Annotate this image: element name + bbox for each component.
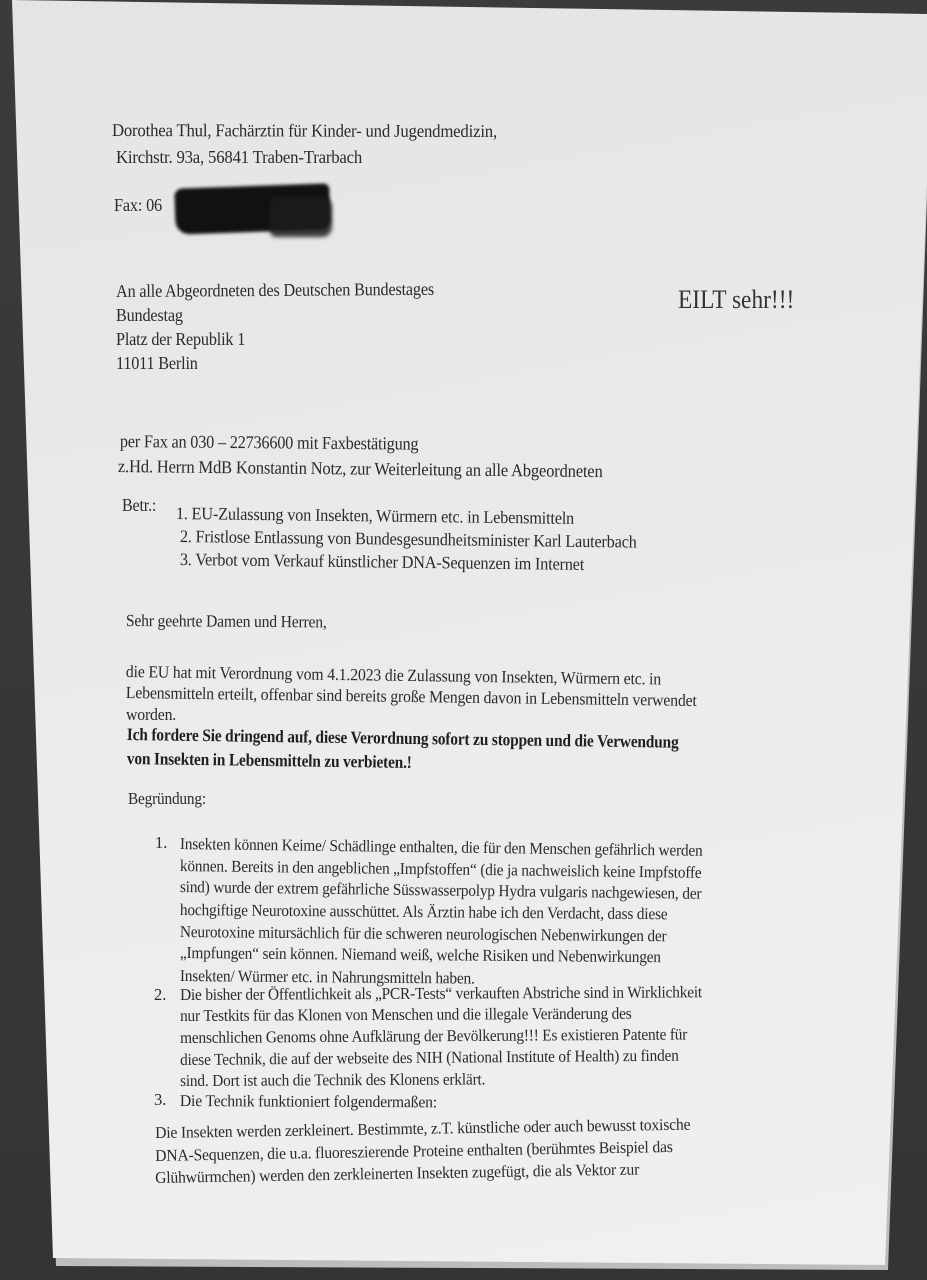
recipient-line-2: Bundestag xyxy=(116,306,183,324)
reason-2-line: nur Testkits für das Klonen von Menschen… xyxy=(180,1006,632,1025)
reason-2-line: menschlichen Genoms ohne Aufklärung der … xyxy=(180,1026,687,1046)
fax-number-redaction-overlap xyxy=(270,197,332,237)
reason-1-line: hochgiftige Neurotoxine ausschüttet. Als… xyxy=(180,902,668,923)
recipient-line-1: An alle Abgeordneten des Deutschen Bunde… xyxy=(116,280,434,300)
delivery-attention-line: z.Hd. Herrn MdB Konstantin Notz, zur Wei… xyxy=(118,457,603,480)
reason-2-number: 2. xyxy=(154,985,166,1005)
reason-3-number: 3. xyxy=(154,1090,166,1110)
subject-label: Betr.: xyxy=(122,497,156,515)
reason-1-number: 1. xyxy=(155,833,167,853)
recipient-line-4: 11011 Berlin xyxy=(116,354,198,372)
salutation: Sehr geehrte Damen und Herren, xyxy=(126,612,327,630)
intro-line-3: worden. xyxy=(126,706,176,723)
urgent-note: EILT sehr!!! xyxy=(678,287,794,313)
demand-line-2: von Insekten in Lebensmitteln zu verbiet… xyxy=(127,750,412,771)
delivery-fax-line: per Fax an 030 – 22736600 mit Faxbestäti… xyxy=(120,432,419,453)
reason-2-line: Die bisher der Öffentlichkeit als „PCR-T… xyxy=(180,984,702,1003)
sender-fax-label: Fax: 06 xyxy=(114,197,162,215)
reasons-heading: Begründung: xyxy=(128,790,206,807)
reason-2-line: sind. Dort ist auch die Technik des Klon… xyxy=(180,1071,485,1089)
recipient-line-3: Platz der Republik 1 xyxy=(116,330,245,348)
reason-1-line: Neurotoxine mitursächlich für die schwer… xyxy=(180,924,667,945)
reason-3-line: Die Technik funktioniert folgendermaßen: xyxy=(180,1093,437,1111)
sender-name-line: Dorothea Thul, Fachärztin für Kinder- un… xyxy=(112,121,497,140)
sender-address-line: Kirchstr. 93a, 56841 Traben-Trarbach xyxy=(116,148,362,166)
reason-1-line: „Impfungen“ sein können. Niemand weiß, w… xyxy=(180,945,661,966)
